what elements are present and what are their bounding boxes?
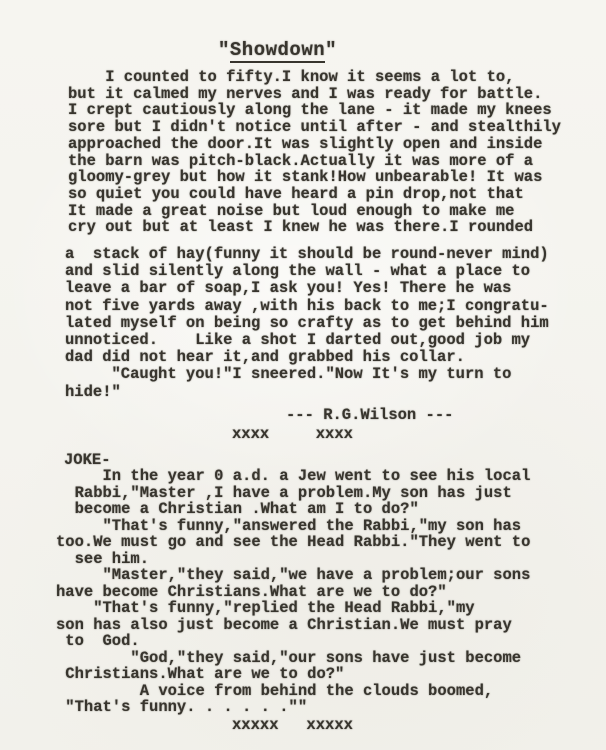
title-word: Showdown [230, 39, 325, 63]
end-separator-xxxxx: xxxxx xxxxx [232, 716, 353, 734]
story-separator-xxxx: xxxx xxxx [232, 425, 353, 443]
title-close-quote: " [325, 39, 337, 61]
story-paragraph-2: a stack of hay(funny it should be round-… [65, 246, 549, 401]
title-open-quote: " [218, 39, 230, 61]
story-attribution: --- R.G.Wilson --- [286, 406, 453, 424]
page-title: "Showdown" [218, 39, 337, 61]
typewritten-page: "Showdown" I counted to fifty.I know it … [0, 0, 606, 750]
story-paragraph-1: I counted to fifty.I know it seems a lot… [68, 69, 561, 236]
joke-body: In the year 0 a.d. a Jew went to see his… [56, 468, 530, 716]
